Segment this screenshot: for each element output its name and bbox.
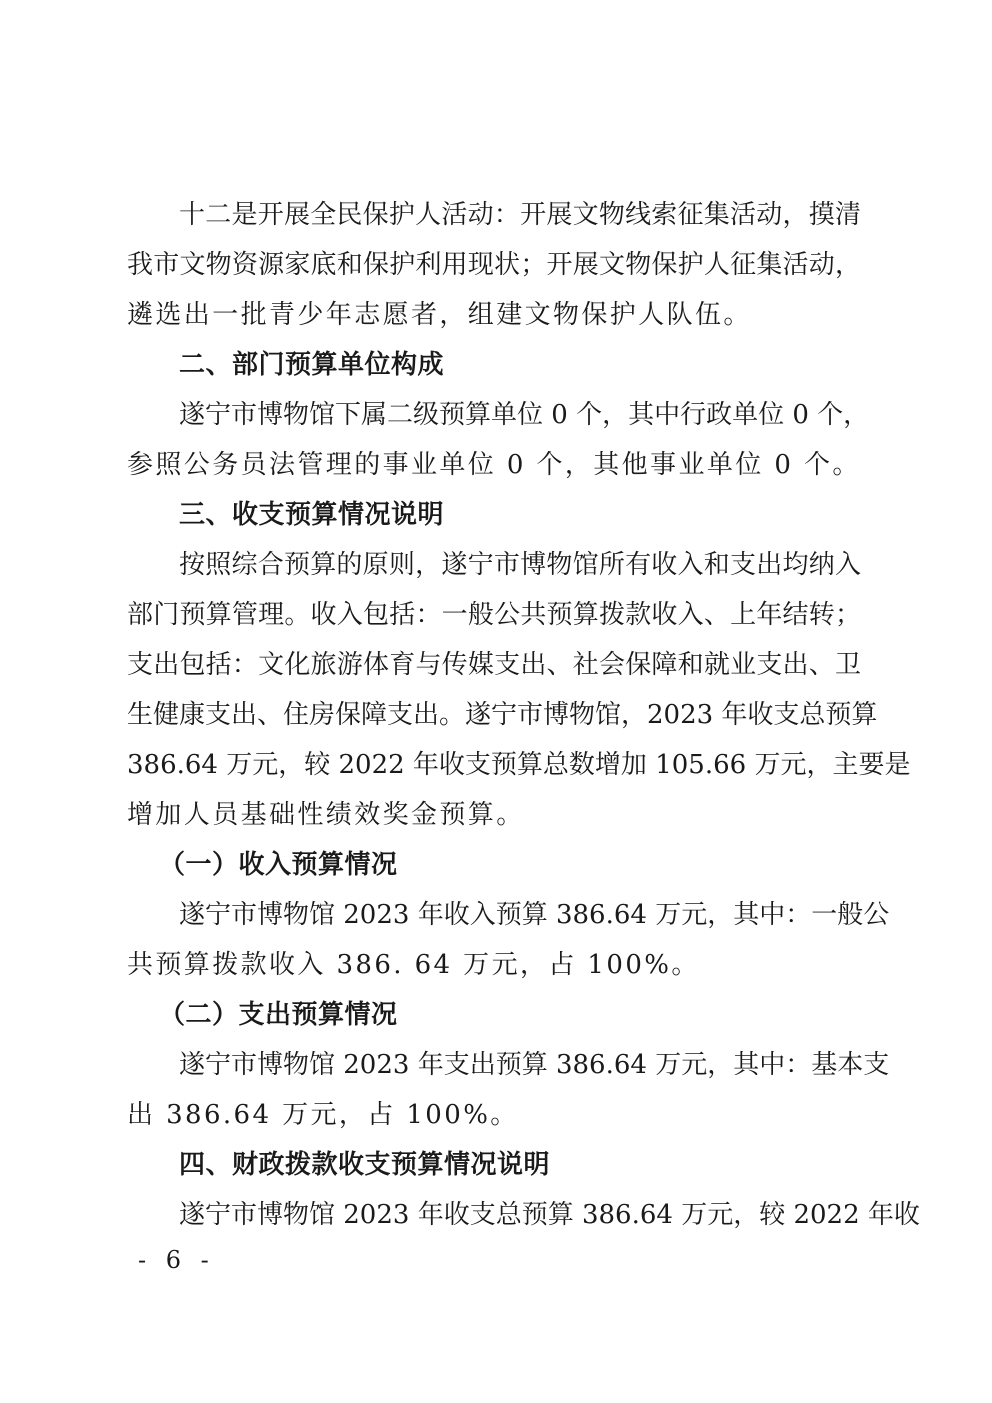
paragraph-line: 参照公务员法管理的事业单位 0 个，其他事业单位 0 个。: [127, 440, 861, 490]
paragraph-line: 遂宁市博物馆下属二级预算单位 0 个，其中行政单位 0 个，: [127, 390, 861, 440]
section-heading: 二、部门预算单位构成: [127, 340, 861, 390]
paragraph-line: 支出包括：文化旅游体育与传媒支出、社会保障和就业支出、卫: [127, 640, 861, 690]
subsection-heading: （一）收入预算情况: [127, 840, 861, 890]
paragraph-line: 共预算拨款收入 386. 64 万元，占 100%。: [127, 940, 861, 990]
paragraph-line: 按照综合预算的原则，遂宁市博物馆所有收入和支出均纳入: [127, 540, 861, 590]
section-heading: 三、收支预算情况说明: [127, 490, 861, 540]
paragraph-line: 386.64 万元，较 2022 年收支预算总数增加 105.66 万元，主要是: [127, 740, 861, 790]
paragraph-line: 遂宁市博物馆 2023 年收入预算 386.64 万元，其中：一般公: [127, 890, 861, 940]
page-number: - 6 -: [138, 1240, 215, 1280]
document-page: 十二是开展全民保护人活动：开展文物线索征集活动，摸清 我市文物资源家底和保护利用…: [0, 0, 992, 1403]
paragraph-line: 生健康支出、住房保障支出。遂宁市博物馆，2023 年收支总预算: [127, 690, 861, 740]
section-heading: 四、财政拨款收支预算情况说明: [127, 1140, 861, 1190]
paragraph-line: 十二是开展全民保护人活动：开展文物线索征集活动，摸清: [127, 190, 861, 240]
document-body: 十二是开展全民保护人活动：开展文物线索征集活动，摸清 我市文物资源家底和保护利用…: [127, 190, 861, 1240]
paragraph-line: 我市文物资源家底和保护利用现状；开展文物保护人征集活动，: [127, 240, 861, 290]
paragraph-line: 出 386.64 万元，占 100%。: [127, 1090, 861, 1140]
paragraph-line: 遂宁市博物馆 2023 年收支总预算 386.64 万元，较 2022 年收: [127, 1190, 861, 1240]
paragraph-line: 遂宁市博物馆 2023 年支出预算 386.64 万元，其中：基本支: [127, 1040, 861, 1090]
paragraph-line: 增加人员基础性绩效奖金预算。: [127, 790, 861, 840]
paragraph-line: 遴选出一批青少年志愿者，组建文物保护人队伍。: [127, 290, 861, 340]
paragraph-line: 部门预算管理。收入包括：一般公共预算拨款收入、上年结转；: [127, 590, 861, 640]
subsection-heading: （二）支出预算情况: [127, 990, 861, 1040]
